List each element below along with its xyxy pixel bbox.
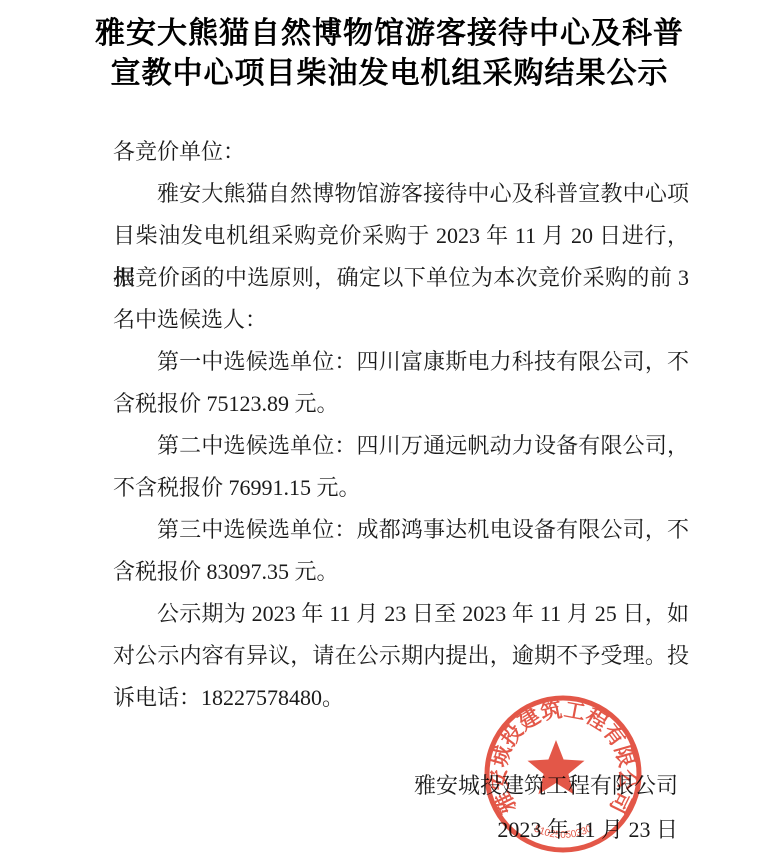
company-seal: 雅安城投建筑工程有限公司 51025050330: [478, 694, 648, 856]
winner-2-line: 第二中选候选单位：四川万通远帆动力设备有限公司，: [113, 425, 689, 467]
paragraph-1-line: 据竞价函的中选原则，确定以下单位为本次竞价采购的前 3: [113, 257, 689, 299]
salutation: 各竞价单位：: [113, 131, 689, 173]
winner-1-price-line: 含税报价 75123.89 元。: [113, 383, 689, 425]
document-body: 各竞价单位： 雅安大熊猫自然博物馆游客接待中心及科普宣教中心项 目柴油发电机组采…: [113, 131, 689, 719]
paragraph-1-line: 雅安大熊猫自然博物馆游客接待中心及科普宣教中心项: [113, 173, 689, 215]
paragraph-1-line: 名中选候选人：: [113, 299, 689, 341]
title-line-1: 雅安大熊猫自然博物馆游客接待中心及科普: [0, 14, 779, 54]
seal-code: 51025050330: [532, 823, 594, 841]
seal-star-icon: [528, 740, 585, 794]
seal-code-container: 51025050330: [532, 823, 594, 841]
publicity-period-line: 公示期为 2023 年 11 月 23 日至 2023 年 11 月 25 日，…: [113, 593, 689, 635]
title-line-2: 宣教中心项目柴油发电机组采购结果公示: [0, 54, 779, 94]
publicity-period-line: 对公示内容有异议，请在公示期内提出，逾期不予受理。投: [113, 635, 689, 677]
paragraph-1-line: 目柴油发电机组采购竞价采购于 2023 年 11 月 20 日进行，根: [113, 215, 689, 257]
winner-2-price-line: 不含税报价 76991.15 元。: [113, 467, 689, 509]
winner-1-line: 第一中选候选单位：四川富康斯电力科技有限公司，不: [113, 341, 689, 383]
winner-3-line: 第三中选候选单位：成都鸿事达机电设备有限公司，不: [113, 509, 689, 551]
winner-3-price-line: 含税报价 83097.35 元。: [113, 551, 689, 593]
document-title: 雅安大熊猫自然博物馆游客接待中心及科普 宣教中心项目柴油发电机组采购结果公示: [0, 14, 779, 94]
announcement-document: 雅安大熊猫自然博物馆游客接待中心及科普 宣教中心项目柴油发电机组采购结果公示 各…: [0, 0, 779, 856]
